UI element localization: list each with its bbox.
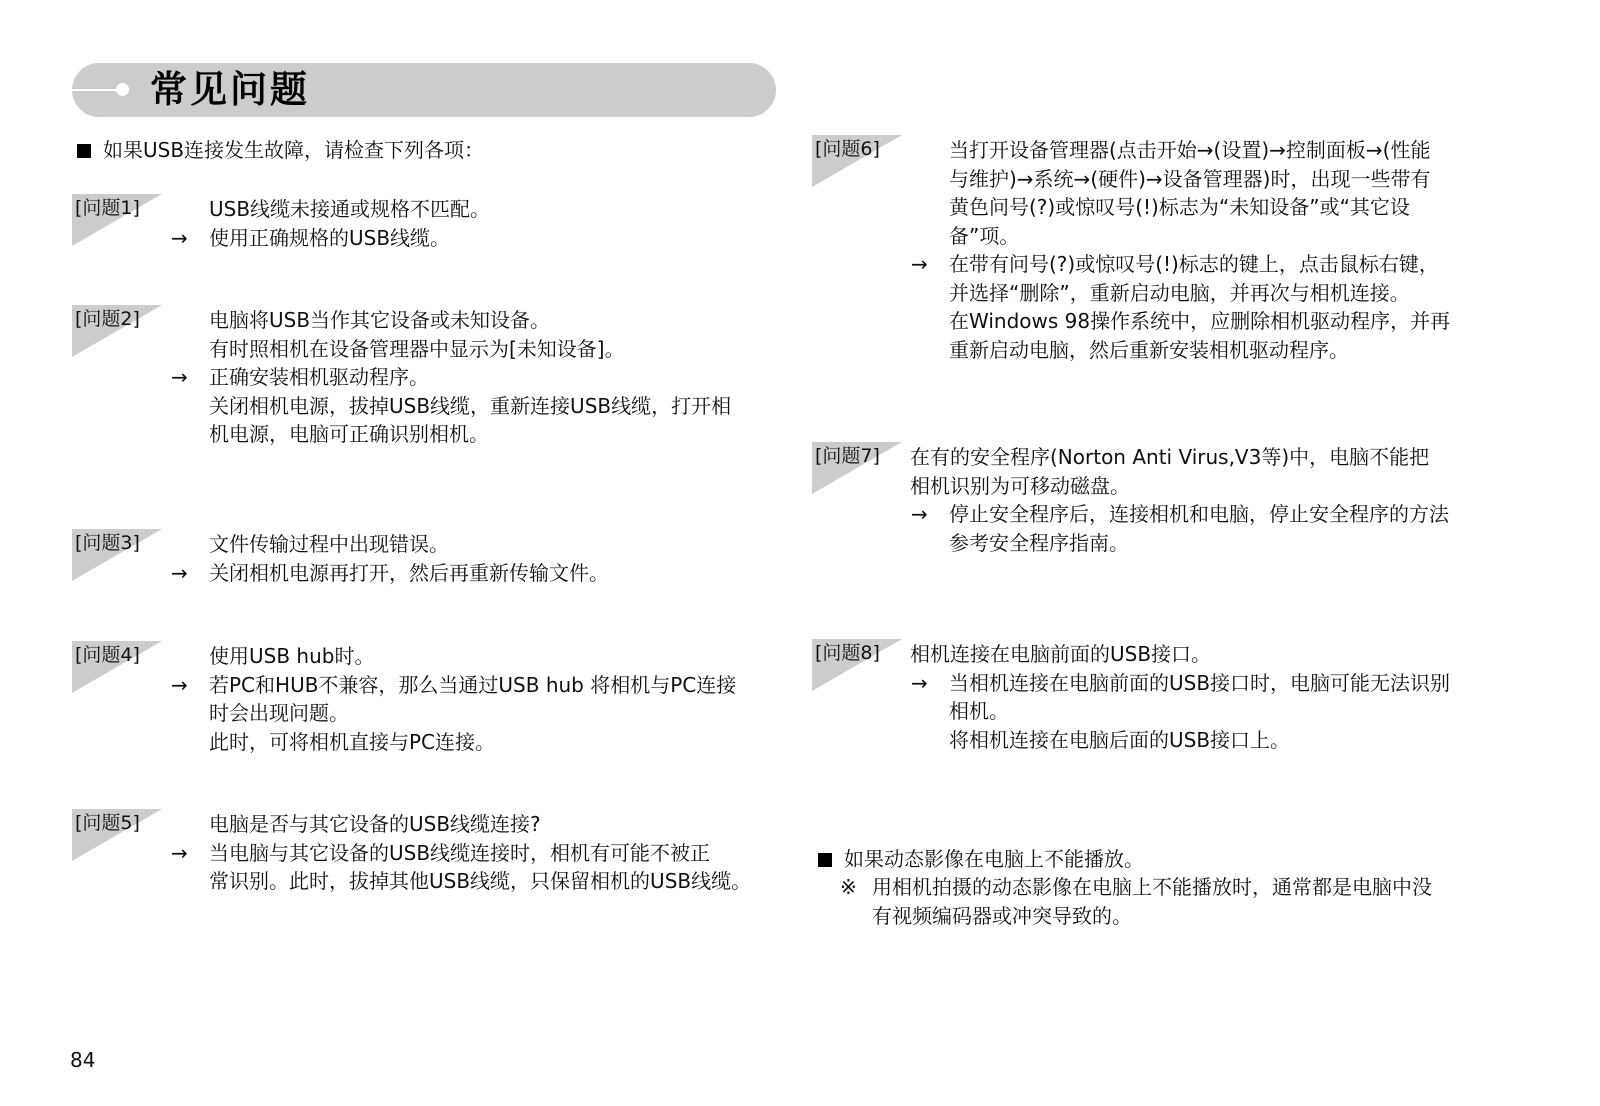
arrow-icon: → <box>171 839 188 868</box>
solution-text: 并选择“删除”，重新启动电脑，并再次与相机连接。 <box>949 279 1450 308</box>
arrow-icon: → <box>171 671 188 700</box>
solution-text: 关闭相机电源，拔掉USB线缆，重新连接USB线缆，打开相 <box>209 392 731 421</box>
issue-label: [问题6] <box>812 135 902 187</box>
problem-text: 相机识别为可移动磁盘。 <box>910 472 1429 501</box>
page-number: 84 <box>70 1048 95 1072</box>
issue-label: [问题8] <box>812 639 902 691</box>
issue-label: [问题2] <box>72 305 162 357</box>
note-title: 如果动态影像在电脑上不能播放。 <box>844 847 1144 871</box>
solution-text: 此时，可将相机直接与PC连接。 <box>209 728 736 757</box>
arrow-icon: → <box>171 559 188 588</box>
solution-text: 机电源，电脑可正确识别相机。 <box>209 420 731 449</box>
problem-text: 电脑将USB当作其它设备或未知设备。 <box>209 306 731 335</box>
issue-label: [问题1] <box>72 194 162 246</box>
problem-text: USB线缆未接通或规格不匹配。 <box>209 195 490 224</box>
arrow-icon: → <box>911 500 928 529</box>
issue-label: [问题7] <box>812 442 902 494</box>
movie-playback-note: 如果动态影像在电脑上不能播放。 <box>818 845 1144 873</box>
note-body: ※ 用相机拍摄的动态影像在电脑上不能播放时，通常都是电脑中没 有视频编码器或冲突… <box>872 873 1432 930</box>
issue-label: [问题4] <box>72 641 162 693</box>
arrow-icon: → <box>911 250 928 279</box>
header-decor-dot <box>116 83 129 96</box>
solution-text: 在Windows 98操作系统中，应删除相机驱动程序，并再 <box>949 307 1450 336</box>
issue-label: [问题5] <box>72 809 162 861</box>
problem-text: 文件传输过程中出现错误。 <box>209 530 609 559</box>
problem-text: 相机连接在电脑前面的USB接口。 <box>910 640 1211 669</box>
solution-text: 重新启动电脑，然后重新安装相机驱动程序。 <box>949 336 1450 365</box>
problem-text: 备”项。 <box>949 222 1450 251</box>
solution-text: 关闭相机电源再打开，然后再重新传输文件。 <box>209 561 609 585</box>
page-title: 常见问题 <box>150 66 310 114</box>
solution-text: 当电脑与其它设备的USB线缆连接时，相机有可能不被正 <box>209 841 710 865</box>
note-text: 有视频编码器或冲突导致的。 <box>872 902 1432 931</box>
solution-text: 若PC和HUB不兼容，那么当通过USB hub 将相机与PC连接 <box>209 673 736 697</box>
solution-text: 当相机连接在电脑前面的USB接口时，电脑可能无法识别 <box>949 671 1450 695</box>
problem-text: 当打开设备管理器(点击开始→(设置)→控制面板→(性能 <box>949 136 1450 165</box>
solution-text: 使用正确规格的USB线缆。 <box>209 226 450 250</box>
square-bullet-icon <box>818 853 832 867</box>
problem-text: 与维护)→系统→(硬件)→设备管理器)时，出现一些带有 <box>949 165 1450 194</box>
issue-label: [问题3] <box>72 529 162 581</box>
usb-intro: 如果USB连接发生故障，请检查下列各项： <box>77 136 484 164</box>
solution-text: 相机。 <box>949 697 1450 726</box>
header-decor-line <box>72 89 122 91</box>
solution-text: 参考安全程序指南。 <box>949 529 1449 558</box>
solution-text: 在带有问号(?)或惊叹号(!)标志的键上，点击鼠标右键， <box>949 252 1439 276</box>
solution-text: 时会出现问题。 <box>209 699 736 728</box>
usb-intro-text: 如果USB连接发生故障，请检查下列各项： <box>103 138 484 162</box>
problem-text: 使用USB hub时。 <box>209 642 736 671</box>
arrow-icon: → <box>171 224 188 253</box>
problem-text: 有时照相机在设备管理器中显示为[未知设备]。 <box>209 335 731 364</box>
solution-text: 停止安全程序后，连接相机和电脑，停止安全程序的方法 <box>949 502 1449 526</box>
solution-text: 常识别。此时，拔掉其他USB线缆，只保留相机的USB线缆。 <box>209 867 751 896</box>
solution-text: 正确安装相机驱动程序。 <box>209 365 429 389</box>
reference-mark-icon: ※ <box>840 873 857 902</box>
problem-text: 黄色问号(?)或惊叹号(!)标志为“未知设备”或“其它设 <box>949 193 1450 222</box>
solution-text: 将相机连接在电脑后面的USB接口上。 <box>949 726 1450 755</box>
problem-text: 在有的安全程序(Norton Anti Virus,V3等)中，电脑不能把 <box>910 443 1429 472</box>
square-bullet-icon <box>77 144 91 158</box>
problem-text: 电脑是否与其它设备的USB线缆连接? <box>209 810 751 839</box>
arrow-icon: → <box>171 363 188 392</box>
arrow-icon: → <box>911 669 928 698</box>
note-text: 用相机拍摄的动态影像在电脑上不能播放时，通常都是电脑中没 <box>872 873 1432 902</box>
